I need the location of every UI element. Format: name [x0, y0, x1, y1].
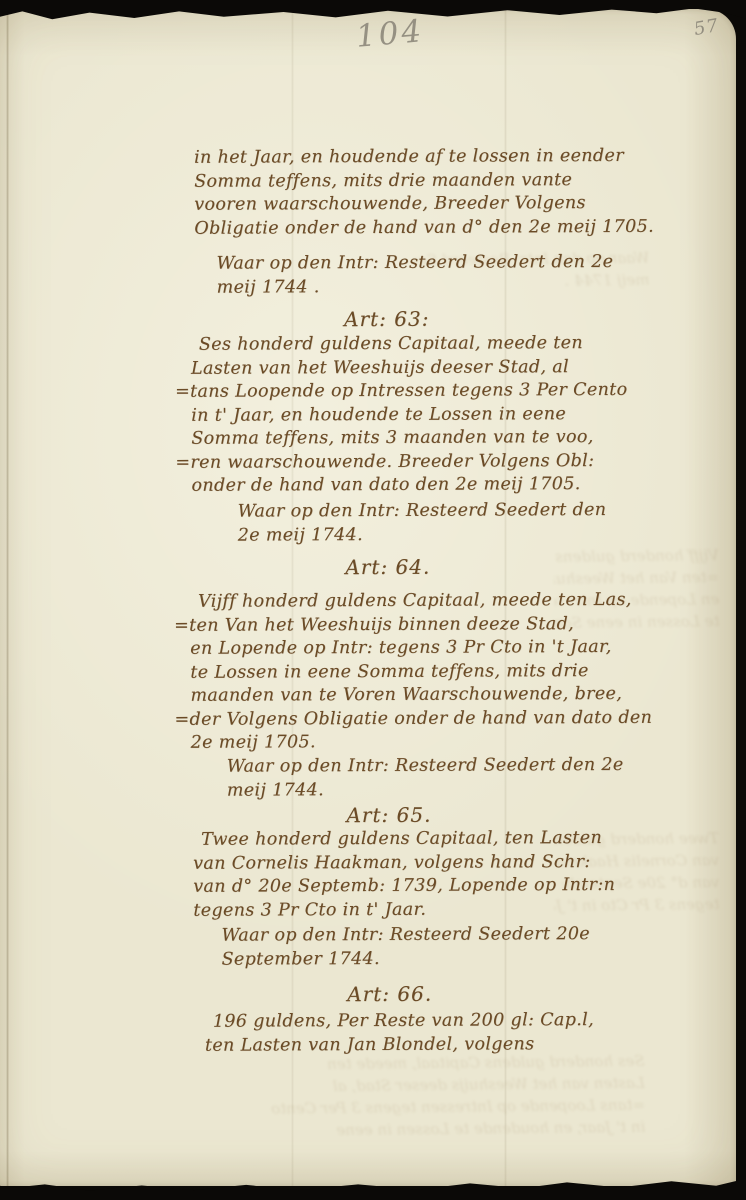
text-line: Waar op den Intr: Resteerd Seedert den 2…	[227, 754, 624, 779]
text-line: tegens 3 Pr Cto in t' Jaar.	[193, 897, 615, 922]
manuscript-text: in het Jaar, en houdende af te lossen in…	[0, 0, 746, 1200]
text-paragraph: Waar op den Intr: Resteerd Seedert den2e…	[238, 499, 607, 548]
pencil-page-number: 104	[355, 13, 426, 55]
text-paragraph: Waar op den Intr: Resteerd Seedert den 2…	[216, 251, 613, 300]
text-line: =ren waarschouwende. Breeder Volgens Obl…	[175, 449, 628, 474]
text-line: Somma teffens, mits 3 maanden van te voo…	[191, 426, 628, 451]
article-heading: Art: 64.	[150, 554, 626, 580]
text-line: Waar op den Intr: Resteerd Seedert 20e	[221, 923, 590, 948]
article-heading: Art: 65.	[151, 802, 627, 828]
text-paragraph: in het Jaar, en houdende af te lossen in…	[194, 145, 654, 241]
corner-folio-number: 57	[692, 15, 720, 40]
text-line: Somma teffens, mits drie maanden vante	[194, 168, 654, 194]
text-line: =ten Van het Weeshuijs binnen deeze Stad…	[174, 612, 652, 638]
text-line: in t' Jaar, en houdende te Lossen in een…	[191, 402, 628, 427]
text-line: 2e meij 1705.	[191, 730, 653, 756]
text-paragraph: Vijff honderd guldens Capitaal, meede te…	[190, 589, 652, 756]
text-paragraph: 196 guldens, Per Reste van 200 gl: Cap.l…	[205, 1009, 594, 1058]
text-line: =der Volgens Obligatie onder de hand van…	[174, 706, 652, 732]
text-line: 2e meij 1744.	[238, 522, 607, 547]
text-line: Waar op den Intr: Resteerd Seedert den 2…	[216, 251, 613, 276]
text-line: in het Jaar, en houdende af te lossen in…	[194, 145, 654, 171]
text-line: vooren waarschouwende, Breeder Volgens	[194, 192, 654, 218]
text-line: September 1744.	[222, 947, 591, 972]
text-line: meij 1744 .	[217, 274, 614, 299]
text-line: Art: 66.	[152, 981, 628, 1007]
text-line: 196 guldens, Per Reste van 200 gl: Cap.l…	[213, 1009, 594, 1034]
text-line: en Lopende op Intr: tegens 3 Pr Cto in '…	[190, 636, 652, 662]
text-line: Waar op den Intr: Resteerd Seedert den	[238, 499, 607, 524]
text-paragraph: Twee honderd guldens Capitaal, ten Laste…	[193, 827, 615, 923]
text-paragraph: Ses honderd guldens Capitaal, meede tenL…	[191, 332, 628, 498]
text-line: te Lossen in eene Somma teffens, mits dr…	[190, 659, 652, 685]
text-line: van Cornelis Haakman, volgens hand Schr:	[193, 850, 615, 875]
article-heading: Art: 63:	[149, 306, 625, 332]
text-line: Art: 63:	[149, 306, 625, 332]
article-heading: Art: 66.	[152, 981, 628, 1007]
text-line: Obligatie onder de hand van d° den 2e me…	[194, 215, 654, 241]
text-line: Art: 64.	[150, 554, 626, 580]
text-line: Twee honderd guldens Capitaal, ten Laste…	[201, 827, 615, 852]
text-line: onder de hand van dato den 2e meij 1705.	[191, 473, 628, 498]
photograph-background: Waar op den Intr: Resteerd Seedert den 2…	[0, 0, 746, 1200]
text-paragraph: Waar op den Intr: Resteerd Seedert 20eSe…	[221, 923, 590, 972]
text-line: Vijff honderd guldens Capitaal, meede te…	[198, 589, 652, 614]
text-line: maanden van te Voren Waarschouwende, bre…	[190, 683, 652, 709]
text-line: Art: 65.	[151, 802, 627, 828]
text-line: meij 1744.	[227, 777, 624, 802]
text-line: ten Lasten van Jan Blondel, volgens	[205, 1033, 594, 1058]
text-line: Ses honderd guldens Capitaal, meede ten	[199, 332, 628, 357]
text-line: =tans Loopende op Intressen tegens 3 Per…	[175, 379, 628, 404]
text-line: van d° 20e Septemb: 1739, Lopende op Int…	[193, 874, 615, 899]
text-paragraph: Waar op den Intr: Resteerd Seedert den 2…	[227, 754, 624, 803]
text-line: Lasten van het Weeshuijs deeser Stad, al	[191, 355, 628, 380]
